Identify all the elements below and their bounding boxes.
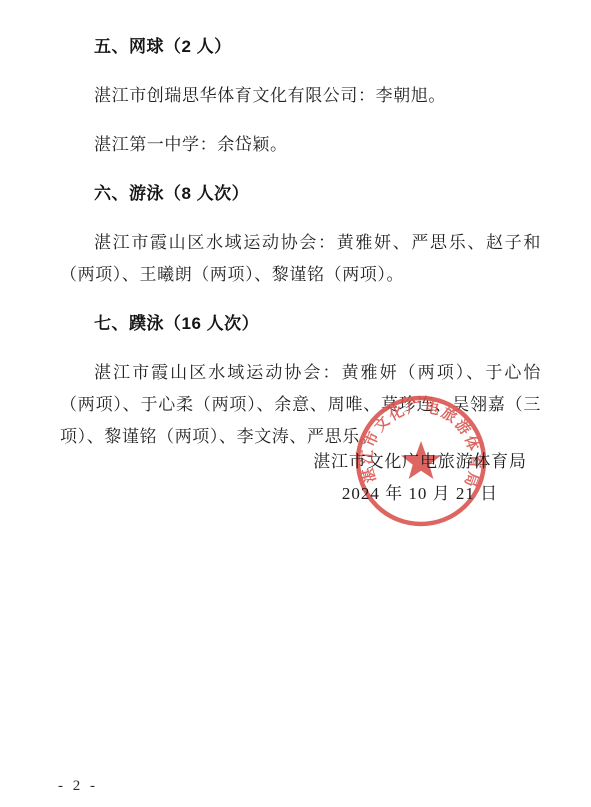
section-heading-finswimming: 七、蹼泳（16 人次） xyxy=(60,308,541,340)
document-page: 五、网球（2 人） 湛江市创瑞思华体育文化有限公司：李朝旭。 湛江第一中学：余岱… xyxy=(0,0,591,807)
page-number: - 2 - xyxy=(58,778,98,795)
section-heading-tennis: 五、网球（2 人） xyxy=(60,31,541,63)
issue-date: 2024 年 10 月 21 日 xyxy=(270,478,570,510)
paragraph-tennis-school: 湛江第一中学：余岱颖。 xyxy=(60,129,541,161)
paragraph-swimming-association: 湛江市霞山区水域运动协会：黄雅妍、严思乐、赵子和（两项）、王曦朗（两项）、黎谨铭… xyxy=(60,227,541,291)
signature-block: 湛江市文化广电旅游体育局 2024 年 10 月 21 日 xyxy=(270,446,570,510)
section-heading-swimming: 六、游泳（8 人次） xyxy=(60,178,541,210)
issuing-agency: 湛江市文化广电旅游体育局 xyxy=(270,446,570,478)
paragraph-tennis-company: 湛江市创瑞思华体育文化有限公司：李朝旭。 xyxy=(60,80,541,112)
